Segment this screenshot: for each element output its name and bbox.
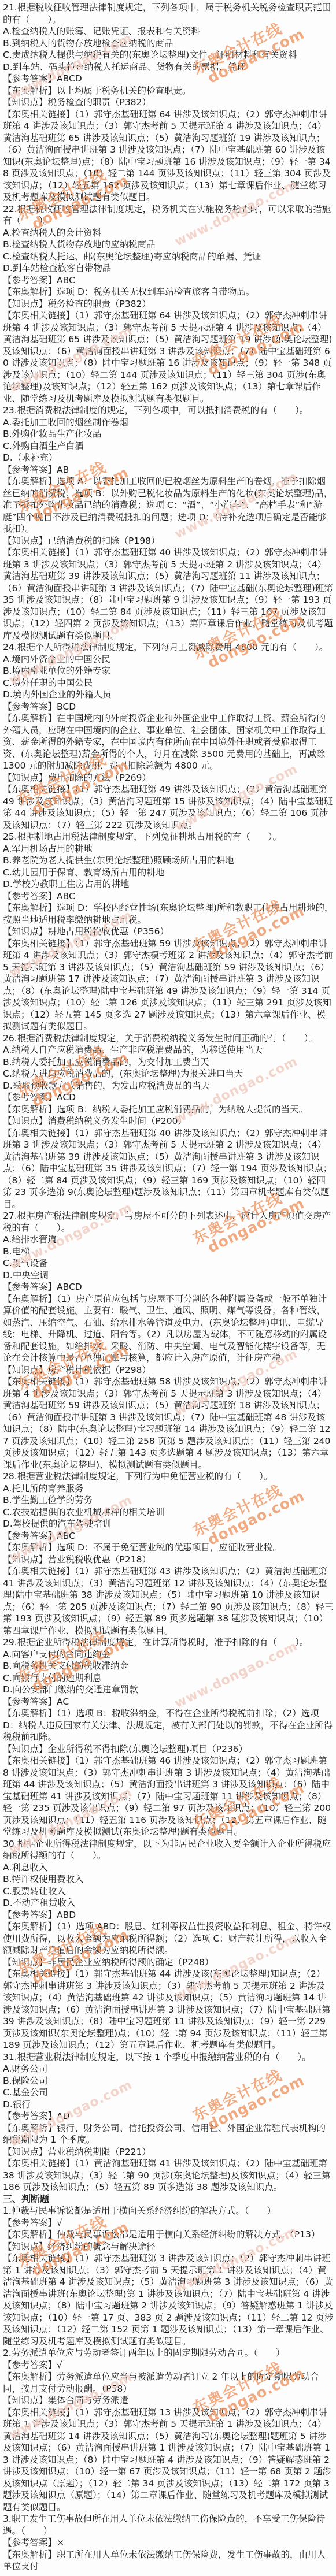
links-line-text: （1）郭守杰基础班第 40 讲涉及该知识点；（2）郭守杰冲刺串讲班第 3 讲涉及… bbox=[3, 547, 333, 641]
knowledge-line: 【知识点】费用扣除的方法（P269） bbox=[3, 772, 334, 784]
question-option: A.向客户支付的合同违约金 bbox=[3, 1649, 334, 1661]
question-option-text: A.给排水管道 bbox=[3, 1234, 57, 1245]
question-option-text: A.境内外资企业的中国公民 bbox=[3, 654, 110, 665]
question-stem-text: 29. bbox=[3, 1637, 17, 1647]
answer-line-text: 【参考答案】 bbox=[3, 1092, 57, 1103]
question-option: A.财务公司 bbox=[3, 2063, 334, 2075]
knowledge-line-text: 集体合同与劳务派遣 bbox=[48, 2395, 129, 2406]
answer-line: 【参考答案】AD bbox=[3, 2110, 334, 2122]
question-option: C.责成纳税人提供与纳税有关的(东奥论坛整理)文件、证明材料和有关资料 bbox=[3, 49, 334, 61]
question-option-text: A.检查纳税人的会计资料 bbox=[3, 228, 101, 238]
knowledge-line-text: 【知识点】 bbox=[3, 299, 48, 309]
knowledge-line-text: 营业税税收优惠（P218） bbox=[48, 1554, 151, 1565]
answer-line-text: 【参考答案】 bbox=[3, 73, 57, 84]
knowledge-line-text: 【知识点】 bbox=[3, 2395, 48, 2406]
question-stem-text: 根据个人所得税法律制度规定，下列每月工资减除费用 4800 元的有（ ）。 bbox=[17, 642, 328, 652]
knowledge-line: 【知识点】已纳消费税的扣除（P198） bbox=[3, 535, 334, 547]
question-stem: 26.根据消费税法律制度规定，关于消费税纳税义务发生时间正确的有（ ）。 bbox=[3, 1033, 334, 1045]
links-line-text: （1）郭守杰基础班第 64 讲涉及该知识点；（2）郭守杰冲刺串讲班第 4 讲涉及… bbox=[3, 310, 332, 404]
question-option-text: B.检查纳税人货物存放地的应纳税商品 bbox=[3, 239, 156, 250]
links-line: 【东奥相关链接】（1）郭守杰基础班第 58 讲涉及该知识点；（2）郭守杰冲刺串讲… bbox=[3, 1376, 334, 1471]
question-option: A.检查纳税人的账簿、记账凭证、报表和有关资料 bbox=[3, 25, 334, 38]
question-option-text: C.暖气设备 bbox=[3, 1258, 48, 1268]
question-stem-text: 职工发生工伤事故但所在用人单位未依法缴纳工伤保险费的，不享受工伤保险待遇。（ ） bbox=[3, 2514, 325, 2536]
answer-line-text: 【参考答案】 bbox=[3, 2111, 57, 2121]
question-option: C.纳税人进口应税消费品的，(东奥论坛整理)为报关进口当天 bbox=[3, 1068, 334, 1080]
question-option-text: D.学校为教职工住房占用的耕地 bbox=[3, 879, 129, 889]
question-stem-text: 根据企业所得税法律制度规定，在计算所得税时，准予扣除的有（ ）。 bbox=[17, 1637, 309, 1647]
question-option: D.中央空调 bbox=[3, 1270, 334, 1282]
analysis-line: 【东奥解析】在中国境内的外商投资企业和外国企业中工作取得工资、薪金所得的外籍人员… bbox=[3, 712, 334, 772]
links-line-text: 【东奥相关链接】 bbox=[3, 1128, 75, 1138]
analysis-line-text: 【东奥解析】 bbox=[3, 2549, 57, 2560]
question-stem-text: 28. bbox=[3, 1471, 17, 1482]
question-option: C.检查纳税人托运、邮(东奥论坛整理)寄应纳税商品的单据、凭证 bbox=[3, 251, 334, 263]
knowledge-line: 【知识点】营业税税收优惠（P218） bbox=[3, 1554, 334, 1566]
analysis-line-text: 【东奥解析】 bbox=[3, 86, 57, 96]
question-stem-text: 26. bbox=[3, 1033, 17, 1044]
question-option: D.向公安部门缴纳的交通违章罚款 bbox=[3, 1684, 334, 1696]
analysis-line-text: 【东奥解析】 bbox=[3, 476, 57, 487]
question-option: B.特许权使用费收入 bbox=[3, 1873, 334, 1885]
answer-line: 【参考答案】AB bbox=[3, 464, 334, 476]
question-option-text: A.军用机场占用的耕地 bbox=[3, 844, 93, 854]
analysis-line-text: 【东奥解析】 bbox=[3, 2123, 57, 2133]
links-line-text: 【东奥相关链接】 bbox=[3, 310, 75, 321]
question-option: A.利息收入 bbox=[3, 1862, 334, 1874]
question-stem-text: 根据耕地占用税法律制度规定，下列免征耕地占用税的有（ ）。 bbox=[17, 832, 282, 842]
question-option-text: B.境内事业单位的外籍专家 bbox=[3, 666, 110, 676]
knowledge-line: 【知识点】耕地占用税税收优惠（P356） bbox=[3, 926, 334, 938]
answer-line-text: 【参考答案】 bbox=[3, 275, 57, 285]
question-option: B.外购化妆品生产化妆品 bbox=[3, 428, 334, 440]
answer-line-text: ACD bbox=[57, 1092, 76, 1103]
question-option-text: D.向公安部门缴纳的交通违章罚款 bbox=[3, 1684, 138, 1695]
question-option: D.到车站检查旅客自带物品 bbox=[3, 262, 334, 274]
answer-line-text: 【参考答案】 bbox=[3, 2537, 57, 2548]
question-option: B.检查纳税人货物存放地的应纳税商品 bbox=[3, 239, 334, 251]
knowledge-line-text: 【知识点】 bbox=[3, 1554, 48, 1565]
analysis-line-text: 【东奥解析】 bbox=[3, 903, 57, 913]
answer-line-text: ABCD bbox=[57, 1282, 82, 1292]
question-stem-text: 21. bbox=[3, 2, 17, 13]
answer-line: 【参考答案】AC bbox=[3, 1696, 334, 1708]
analysis-line-text: 仲裁与民事诉讼都是适用于横向关系经济纠纷的解决方式。（P13） bbox=[57, 2229, 320, 2240]
answer-line-text: √ bbox=[57, 2360, 62, 2370]
answer-line-text: √ bbox=[57, 2218, 62, 2228]
answer-line-text: ABD bbox=[57, 1910, 76, 1920]
analysis-line-text: 选项 B：纳税人委托加工应税消费品的，为纳税人提货的当天。 bbox=[57, 1104, 308, 1115]
question-option-text: C.股票转让收入 bbox=[3, 1886, 66, 1896]
knowledge-line-text: 营业税纳税期限（P221） bbox=[48, 2147, 151, 2157]
analysis-line-text: 以上均属于税务机关的检查职责。 bbox=[57, 86, 191, 96]
knowledge-line: 【知识点】税务检查的职责（P382） bbox=[3, 298, 334, 310]
knowledge-line: 【知识点】房产税计税依据（P298） bbox=[3, 1364, 334, 1376]
answer-line: 【参考答案】ABD bbox=[3, 1909, 334, 1921]
knowledge-line-text: 费用扣除的方法（P269） bbox=[48, 773, 151, 783]
links-line-text: 【东奥相关链接】 bbox=[3, 938, 75, 949]
question-option: D.学校为教职工住房占用的耕地 bbox=[3, 878, 334, 890]
knowledge-line-text: 【知识点】 bbox=[3, 926, 48, 937]
question-option: B.电梯 bbox=[3, 1246, 334, 1258]
question-option: B.纳税人委托加工应税消费品的，为交付加工费当天 bbox=[3, 1056, 334, 1068]
knowledge-line-text: 企业所得税不得扣除(东奥论坛整理)项目（P236） bbox=[48, 1744, 248, 1754]
analysis-line: 【东奥解析】选项 A：以委托加工收回的已税烟丝为原料生产的卷烟，准予扣除烟丝已纳… bbox=[3, 476, 334, 535]
question-stem-text: 仲裁与民事诉讼都是适用于横向关系经济纠纷的解决方式。（ ） bbox=[12, 2206, 276, 2216]
knowledge-line-text: 耕地占用税税收优惠（P356） bbox=[48, 926, 169, 937]
question-stem: 22.根据税收征收管理法律制度规定，税务机关在实施税务检查时，可以采取的措施有（… bbox=[3, 203, 334, 227]
knowledge-line: 【知识点】税务检查的职责（P382） bbox=[3, 96, 334, 109]
links-line-text: （1）郭守杰基础班第 13 讲涉及该知识点；（2）郭守杰冲刺串讲班第 1 讲涉及… bbox=[3, 2407, 331, 2512]
answer-line-text: 【参考答案】 bbox=[3, 1697, 57, 1707]
question-option-text: A.托儿所的育养服务 bbox=[3, 1483, 83, 1494]
knowledge-line-text: 【知识点】 bbox=[3, 1116, 48, 1126]
analysis-line: 【东奥解析】职工所在用人单位未依法缴纳工伤保险费，发生工伤事故的，由用人单位支付 bbox=[3, 2549, 334, 2573]
knowledge-line-text: 【知识点】 bbox=[3, 2241, 48, 2252]
question-stem-text: 根据房产税法律制度规定，与房屋不可分的下列表述中，应计入房产原值交房产税的有（ … bbox=[3, 1211, 331, 1233]
question-option-text: B.电梯 bbox=[3, 1246, 30, 1257]
question-option: A.委托加工收回的烟丝制作卷烟 bbox=[3, 417, 334, 429]
question-option: A.境内外资企业的中国公民 bbox=[3, 654, 334, 666]
question-option: A.军用机场占用的耕地 bbox=[3, 843, 334, 855]
question-option-text: D.采取预收款方式销售的，为发出应税消费品的当天 bbox=[3, 1081, 210, 1091]
question-option-text: B.特许权使用费收入 bbox=[3, 1874, 84, 1884]
analysis-line: 【东奥解析】选项 D：不属于免征营业税的优惠项目，应征收营业税。 bbox=[3, 1542, 334, 1554]
question-stem-text: 根据消费税法律制度的规定，下列各项中，可以抵扣消费税的有（ ）。 bbox=[17, 405, 309, 415]
links-line-text: 【东奥相关链接】 bbox=[3, 1969, 75, 1979]
analysis-line-text: 【东奥解析】 bbox=[3, 1542, 57, 1553]
links-line: 【东奥相关链接】（1）郭守杰基础班第 59 讲涉及该知识点；（2）郭守杰冲刺串讲… bbox=[3, 938, 334, 1033]
knowledge-line-text: 经济纠纷的概念与解决途径 bbox=[48, 2241, 156, 2252]
analysis-line-text: 【东奥解析】 bbox=[3, 1294, 57, 1304]
answer-line-text: 【参考答案】 bbox=[3, 2218, 57, 2228]
question-option-text: A.检查纳税人的账簿、记账凭证、报表和有关资料 bbox=[3, 26, 200, 36]
analysis-line-text: 【东奥解析】 bbox=[3, 1104, 57, 1115]
answer-line-text: 【参考答案】 bbox=[3, 465, 57, 475]
question-option-text: C.纳税人进口应税消费品的，(东奥论坛整理)为报关进口当天 bbox=[3, 1068, 243, 1079]
answer-line-text: 【参考答案】 bbox=[3, 701, 57, 712]
links-line: 【东奥相关链接】（1）郭守杰基础班第 64 讲涉及该知识点；（2）郭守杰冲刺串讲… bbox=[3, 310, 334, 404]
analysis-line: 【东奥解析】劳务派遣单位应当与被派遣劳动者订立 2 年以上的固定期限劳动合同，按… bbox=[3, 2371, 334, 2395]
question-stem: 1.仲裁与民事诉讼都是适用于横向关系经济纠纷的解决方式。（ ） bbox=[3, 2205, 334, 2217]
question-stem: 27.根据房产税法律制度规定，与房屋不可分的下列表述中，应计入房产原值交房产税的… bbox=[3, 1210, 334, 1234]
links-line-text: 【东奥相关链接】 bbox=[3, 2407, 75, 2418]
question-option: B.境内事业单位的外籍专家 bbox=[3, 665, 334, 677]
links-line: 【东奥相关链接】（1）郭守杰基础班第 64 讲涉及该知识点；（2）郭守杰冲刺串讲… bbox=[3, 109, 334, 203]
question-option: A.检查纳税人的会计资料 bbox=[3, 227, 334, 239]
question-option-text: D.到车站检查旅客自带物品 bbox=[3, 263, 111, 273]
question-option-text: A.纳税人自产应税消费品、生产非应税消费品的，为移送使用当天 bbox=[3, 1045, 263, 1055]
exam-content: 21.根据税收征收管理法律制度规定，下列各项中，属于税务机关税务检查职责范围的有… bbox=[0, 0, 336, 2576]
analysis-line: 【东奥解析】（1）房产原值应包括与房屋不可分割的各种附属设备或一般不单独计算价值… bbox=[3, 1293, 334, 1364]
knowledge-line-text: 【知识点】 bbox=[3, 1957, 48, 1968]
question-option: C.幼儿园用于保育、教育场所占用的耕地 bbox=[3, 867, 334, 879]
question-option: B.到纳税人的货物存放地检查应纳税的商品 bbox=[3, 38, 334, 50]
question-stem: 25.根据耕地占用税法律制度规定，下列免征耕地占用税的有（ ）。 bbox=[3, 831, 334, 843]
answer-line-text: AC bbox=[57, 1697, 69, 1707]
question-option-text: A.利息收入 bbox=[3, 1862, 47, 1873]
question-option-text: C.基金公司 bbox=[3, 2087, 48, 2098]
question-stem-text: 3. bbox=[3, 2514, 12, 2524]
question-stem-text: 31. bbox=[3, 2052, 17, 2062]
knowledge-line-text: 非居民企业应纳税所得额的确定（P248） bbox=[48, 1957, 214, 1968]
links-line-text: 【东奥相关链接】 bbox=[3, 2253, 75, 2263]
analysis-line-text: 【东奥解析】 bbox=[3, 2229, 57, 2240]
question-option: C.外购白酒生产白酒 bbox=[3, 440, 334, 452]
knowledge-line-text: 【知识点】 bbox=[3, 1744, 48, 1754]
question-stem-text: 1. bbox=[3, 2206, 12, 2216]
links-line-text: 【东奥相关链接】 bbox=[3, 784, 75, 795]
links-line-text: 【东奥相关链接】 bbox=[3, 547, 75, 558]
question-stem-text: 23. bbox=[3, 405, 17, 415]
answer-line-text: 【参考答案】 bbox=[3, 1531, 57, 1541]
question-stem-text: 劳务派遣单位应与劳动者签订两年以上的固定期限劳动合同。（ ） bbox=[12, 2348, 285, 2358]
question-option: A.纳税人自产应税消费品、生产非应税消费品的，为移送使用当天 bbox=[3, 1044, 334, 1056]
question-stem-text: 根据企业所得税法律制度规定，以下为非居民企业收入要全额计入企业所得税应纳税所得额… bbox=[3, 1839, 331, 1861]
analysis-line-text: 【东奥解析】 bbox=[3, 1708, 57, 1718]
question-option-text: D.境内外国企业的外籍人员 bbox=[3, 689, 111, 700]
analysis-line: 【东奥解析】银行、财务公司、信托投资公司、信用社、外国企业常驻代表机构的纳税期限… bbox=[3, 2122, 334, 2146]
question-option-text: B.向税务机关支付的税收滞纳金 bbox=[3, 1661, 128, 1671]
question-option: A.托儿所的育养服务 bbox=[3, 1483, 334, 1495]
knowledge-line: 【知识点】消费税纳税义务发生时间（P200） bbox=[3, 1115, 334, 1127]
answer-line: 【参考答案】ABC bbox=[3, 890, 334, 903]
question-option-text: C.农技站提供的农业机械耕种的相关培训 bbox=[3, 1507, 164, 1517]
knowledge-line: 【知识点】企业所得税不得扣除(东奥论坛整理)项目（P236） bbox=[3, 1743, 334, 1755]
question-option-text: A.向客户支付的合同违约金 bbox=[3, 1649, 110, 1660]
knowledge-line-text: 【知识点】 bbox=[3, 97, 48, 107]
links-line-text: （1）郭守杰基础班第 43 讲涉及该知识点；（2）黄洁洵基础班第 41 讲涉及该… bbox=[3, 1566, 333, 1636]
question-option: D.境内外国企业的外籍人员 bbox=[3, 689, 334, 701]
question-option-text: A.财务公司 bbox=[3, 2063, 47, 2074]
links-line: 【东奥相关链接】（1）郭守杰基础班第 13 讲涉及该知识点；（2）郭守杰冲刺串讲… bbox=[3, 2407, 334, 2514]
analysis-line-text: 【东奥解析】 bbox=[3, 2371, 57, 2382]
answer-line-text: AB bbox=[57, 465, 69, 475]
answer-line-text: × bbox=[57, 2537, 64, 2548]
links-line: 【东奥相关链接】（1）郭守杰基础班第 3 讲涉及该知识点；（2）郭守杰冲刺串讲班… bbox=[3, 2252, 334, 2347]
knowledge-line: 【知识点】营业税纳税期限（P221） bbox=[3, 2146, 334, 2158]
answer-line: 【参考答案】√ bbox=[3, 2217, 334, 2229]
answer-line-text: ABC bbox=[57, 891, 75, 901]
answer-line-text: ABC bbox=[57, 1531, 75, 1541]
analysis-line-text: 【东奥解析】 bbox=[3, 1921, 57, 1932]
analysis-line: 【东奥解析】仲裁与民事诉讼都是适用于横向关系经济纠纷的解决方式。（P13） bbox=[3, 2229, 334, 2241]
question-option: D.驾校提供的汽车驾驶培训 bbox=[3, 1518, 334, 1530]
knowledge-line-text: 【知识点】 bbox=[3, 536, 48, 546]
question-option: C.股票转让收入 bbox=[3, 1885, 334, 1898]
question-option-text: D.银行 bbox=[3, 2099, 31, 2110]
question-stem: 3.职工发生工伤事故但所在用人单位未依法缴纳工伤保险费的，不享受工伤保险待遇。（… bbox=[3, 2513, 334, 2537]
links-line-text: （1）郭守杰基础班第 59 讲涉及该知识点；（2）郭守杰冲刺串讲班第 4 讲涉及… bbox=[3, 938, 333, 1032]
question-option-text: C.境外任职的中国公民 bbox=[3, 678, 93, 688]
question-option-text: C.检查纳税人托运、邮(东奥论坛整理)寄应纳税商品的单据、凭证 bbox=[3, 251, 261, 262]
section-header: 三、判断题 bbox=[3, 2193, 334, 2206]
question-option-text: A.委托加工收回的烟丝制作卷烟 bbox=[3, 417, 128, 428]
question-stem-text: 27. bbox=[3, 1211, 17, 1221]
question-stem: 2.劳务派遣单位应与劳动者签订两年以上的固定期限劳动合同。（ ） bbox=[3, 2347, 334, 2359]
knowledge-line-text: 已纳消费税的扣除（P198） bbox=[48, 536, 160, 546]
question-option: C.暖气设备 bbox=[3, 1257, 334, 1270]
question-stem: 30.根据企业所得税法律制度规定，以下为非居民企业收入要全额计入企业所得税应纳税… bbox=[3, 1838, 334, 1862]
knowledge-line-text: 【知识点】 bbox=[3, 2147, 48, 2157]
question-option: C.基金公司 bbox=[3, 2087, 334, 2099]
links-line: 【东奥相关链接】（1）郭守杰基础班第 44 讲涉及该(东奥论坛整理)知识点；（2… bbox=[3, 1968, 334, 2051]
question-stem: 29.根据企业所得税法律制度规定，在计算所得税时，准予扣除的有（ ）。 bbox=[3, 1636, 334, 1649]
question-stem-text: 22. bbox=[3, 204, 17, 214]
question-option: A.给排水管道 bbox=[3, 1234, 334, 1246]
knowledge-line-text: 税务检查的职责（P382） bbox=[48, 299, 151, 309]
question-option-text: C.外购白酒生产白酒 bbox=[3, 441, 84, 451]
question-option-text: B.学生勤工俭学的劳务 bbox=[3, 1495, 93, 1505]
question-stem: 24.根据个人所得税法律制度规定，下列每月工资减除费用 4800 元的有（ ）。 bbox=[3, 641, 334, 654]
question-stem: 23.根据消费税法律制度的规定，下列各项中，可以抵扣消费税的有（ ）。 bbox=[3, 404, 334, 417]
links-line-text: 【东奥相关链接】 bbox=[3, 1755, 75, 1766]
links-line: 【东奥相关链接】（1）郭守杰基础班第 49 讲涉及该知识点；（2）黄洁洵基础班第… bbox=[3, 784, 334, 831]
question-option-text: D.中央空调 bbox=[3, 1270, 49, 1280]
answer-line-text: ABC bbox=[57, 275, 75, 285]
question-stem-text: 30. bbox=[3, 1839, 17, 1849]
answer-line-text: 【参考答案】 bbox=[3, 2360, 57, 2370]
links-line: 【东奥相关链接】（1）郭守杰基础班第 40 讲涉及该知识点；（2）郭守杰冲刺串讲… bbox=[3, 547, 334, 641]
answer-line: 【参考答案】ABCD bbox=[3, 1281, 334, 1293]
question-option-text: B.到纳税人的货物存放地检查应纳税的商品 bbox=[3, 38, 173, 49]
section-header-text: 三、判断题 bbox=[3, 2193, 49, 2204]
answer-line-text: 【参考答案】 bbox=[3, 1282, 57, 1292]
question-option: B.保险公司 bbox=[3, 2075, 334, 2087]
analysis-line-text: 选项 D：不属于免征营业税的优惠项目，应征收营业税。 bbox=[57, 1542, 282, 1553]
exam-answer-document: 东奥会计在线dongao.comwww.dongao.com东奥会计在线dong… bbox=[0, 0, 336, 2576]
answer-line: 【参考答案】ABC bbox=[3, 274, 334, 287]
question-stem: 31.根据营业税法律制度规定，以下按 1 个季度申报缴纳营业税的有（ ）。 bbox=[3, 2051, 334, 2063]
question-stem-text: 根据税收征收管理法律制度规定，下列各项中，属于税务机关税务检查职责范围的有（ ）… bbox=[3, 2, 331, 25]
knowledge-line-text: 税务检查的职责（P382） bbox=[48, 97, 151, 107]
analysis-line: 【东奥解析】以上均属于税务机关的检查职责。 bbox=[3, 85, 334, 97]
question-option-text: D.（求补充） bbox=[3, 452, 57, 463]
analysis-line: 【东奥解析】选项 D：学校内经营性场(东奥论坛整理)所和教职工住房占用耕地的，按… bbox=[3, 902, 334, 926]
question-option: B.向税务机关支付的税收滞纳金 bbox=[3, 1660, 334, 1672]
answer-line-text: AD bbox=[57, 2111, 70, 2121]
question-option-text: B.保险公司 bbox=[3, 2076, 48, 2086]
question-stem: 21.根据税收征收管理法律制度规定，下列各项中，属于税务机关税务检查职责范围的有… bbox=[3, 2, 334, 25]
links-line-text: 【东奥相关链接】 bbox=[3, 2158, 75, 2169]
links-line-text: （1）郭守杰基础班第 46 讲涉及该知识点；（2）郭守杰习题班第 8 讲涉及该知… bbox=[3, 1755, 331, 1837]
question-option: D.到车站、码头检查纳税人托运商品、货物有关的票据、凭证 bbox=[3, 61, 334, 73]
answer-line: 【参考答案】ABC bbox=[3, 1530, 334, 1542]
question-option-text: D.驾校提供的汽车驾驶培训 bbox=[3, 1519, 111, 1529]
links-line: 【东奥相关链接】（1）郭守杰基础班第 40 讲涉及该知识点；（2）郭守杰冲刺串讲… bbox=[3, 1127, 334, 1211]
knowledge-line: 【知识点】经济纠纷的概念与解决途径 bbox=[3, 2241, 334, 2253]
analysis-line: 【东奥解析】（1）选项 ABD：股息、红利等权益性投资收益和利息、租金、特许权使… bbox=[3, 1921, 334, 1957]
question-option: C.向银行支付的逾期利息 bbox=[3, 1672, 334, 1684]
answer-line: 【参考答案】ABCD bbox=[3, 73, 334, 85]
links-line: 【东奥相关链接】（1）郭守杰基础班第 43 讲涉及该知识点；（2）黄洁洵基础班第… bbox=[3, 1565, 334, 1636]
links-line-text: 【东奥相关链接】 bbox=[3, 1566, 75, 1576]
question-option: B.养老院为老人提供生(东奥论坛整理)照顾场所占用的耕地 bbox=[3, 855, 334, 867]
knowledge-line-text: 房产税计税依据（P298） bbox=[48, 1365, 151, 1375]
answer-line: 【参考答案】ACD bbox=[3, 1092, 334, 1104]
links-line-text: （1）郭守杰基础班第 40 讲涉及该知识点；（2）郭守杰冲刺串讲班第 3 讲涉及… bbox=[3, 1128, 332, 1209]
question-stem: 28.根据营业税法律制度规定，下列行为中免征营业税的有（ ）。 bbox=[3, 1471, 334, 1483]
answer-line: 【参考答案】BCD bbox=[3, 701, 334, 713]
knowledge-line-text: 消费税纳税义务发生时间（P200） bbox=[48, 1116, 187, 1126]
answer-line: 【参考答案】× bbox=[3, 2537, 334, 2549]
links-line-text: 【东奥相关链接】 bbox=[3, 1376, 75, 1387]
links-line: 【东奥相关链接】（1）郭守杰基础班第 46 讲涉及该知识点；（2）郭守杰习题班第… bbox=[3, 1755, 334, 1838]
links-line-text: （1）郭守杰基础班第 64 讲涉及该知识点；（2）郭守杰冲刺串讲班第 4 讲涉及… bbox=[3, 109, 331, 203]
answer-line-text: 【参考答案】 bbox=[3, 891, 57, 901]
question-option: D.银行 bbox=[3, 2099, 334, 2111]
question-option-text: C.幼儿园用于保育、教育场所占用的耕地 bbox=[3, 867, 164, 878]
question-option: B.学生勤工俭学的劳务 bbox=[3, 1494, 334, 1506]
knowledge-line-text: 【知识点】 bbox=[3, 1365, 48, 1375]
question-option: C.境外任职的中国公民 bbox=[3, 677, 334, 689]
question-option-text: D.不动产租赁收入 bbox=[3, 1898, 75, 1908]
knowledge-line-text: 【知识点】 bbox=[3, 773, 48, 783]
links-line-text: （1）郭守杰基础班第 44 讲涉及该(东奥论坛整理)知识点；（2）郭守杰冲刺串讲… bbox=[3, 1969, 330, 2050]
analysis-line-text: 选项 D：税务机关无权到车站检查旅客自带物品。 bbox=[57, 287, 254, 297]
answer-line-text: BCD bbox=[57, 701, 76, 712]
analysis-line: 【东奥解析】选项 D：税务机关无权到车站检查旅客自带物品。 bbox=[3, 286, 334, 298]
question-option: D.采取预收款方式销售的，为发出应税消费品的当天 bbox=[3, 1080, 334, 1092]
question-option-text: B.外购化妆品生产化妆品 bbox=[3, 429, 102, 439]
links-line-text: （1）郭守杰基础班第 58 讲涉及该知识点；（2）郭守杰冲刺串讲班第 4 讲涉及… bbox=[3, 1376, 331, 1470]
knowledge-line: 【知识点】非居民企业应纳税所得额的确定（P248） bbox=[3, 1957, 334, 1969]
answer-line-text: 【参考答案】 bbox=[3, 1910, 57, 1920]
question-option-text: C.向银行支付的逾期利息 bbox=[3, 1673, 102, 1683]
question-option-text: B.纳税人委托加工应税消费品的，为交付加工费当天 bbox=[3, 1057, 209, 1067]
question-stem-text: 2. bbox=[3, 2348, 12, 2358]
analysis-line: 【东奥解析】（1）选项 B：税收滞纳金，不得在企业所得税税前扣除；（2）选项 D… bbox=[3, 1708, 334, 1743]
question-stem-text: 24. bbox=[3, 642, 17, 652]
question-option: D.（求补充） bbox=[3, 452, 334, 464]
question-stem-text: 根据营业税法律制度规定，以下按 1 个季度申报缴纳营业税的有（ ）。 bbox=[17, 2052, 311, 2062]
question-option-text: B.养老院为老人提供生(东奥论坛整理)照顾场所占用的耕地 bbox=[3, 855, 234, 866]
links-line: 【东奥相关链接】（1）黄洁洵基础班第 41 讲涉及该知识点；（2）陆中宝基础班第… bbox=[3, 2158, 334, 2193]
question-stem-text: 根据消费税法律制度规定，关于消费税纳税义务发生时间正确的有（ ）。 bbox=[17, 1033, 317, 1044]
question-option-text: D.到车站、码头检查纳税人托运商品、货物有关的票据、凭证 bbox=[3, 62, 246, 72]
question-stem-text: 根据营业税法律制度规定，下列行为中免征营业税的有（ ）。 bbox=[17, 1471, 273, 1482]
analysis-line-text: 【东奥解析】 bbox=[3, 287, 57, 297]
question-option: C.农技站提供的农业机械耕种的相关培训 bbox=[3, 1506, 334, 1519]
analysis-line: 【东奥解析】选项 B：纳税人委托加工应税消费品的，为纳税人提货的当天。 bbox=[3, 1104, 334, 1116]
links-line-text: 【东奥相关链接】 bbox=[3, 109, 75, 120]
answer-line-text: ABCD bbox=[57, 73, 82, 84]
links-line-text: （1）郭守杰基础班第 3 讲涉及该知识点；（2）郭守杰冲刺串讲班第 1 讲涉及该… bbox=[3, 2253, 333, 2347]
knowledge-line: 【知识点】集体合同与劳务派遣 bbox=[3, 2395, 334, 2407]
question-option: D.不动产租赁收入 bbox=[3, 1897, 334, 1909]
question-option-text: C.责成纳税人提供与纳税有关的(东奥论坛整理)文件、证明材料和有关资料 bbox=[3, 50, 297, 60]
question-stem-text: 根据税收征收管理法律制度规定，税务机关在实施税务检查时，可以采取的措施有（ ）。 bbox=[3, 204, 331, 227]
answer-line: 【参考答案】√ bbox=[3, 2359, 334, 2371]
analysis-line-text: 【东奥解析】 bbox=[3, 713, 57, 723]
question-stem-text: 25. bbox=[3, 832, 17, 842]
